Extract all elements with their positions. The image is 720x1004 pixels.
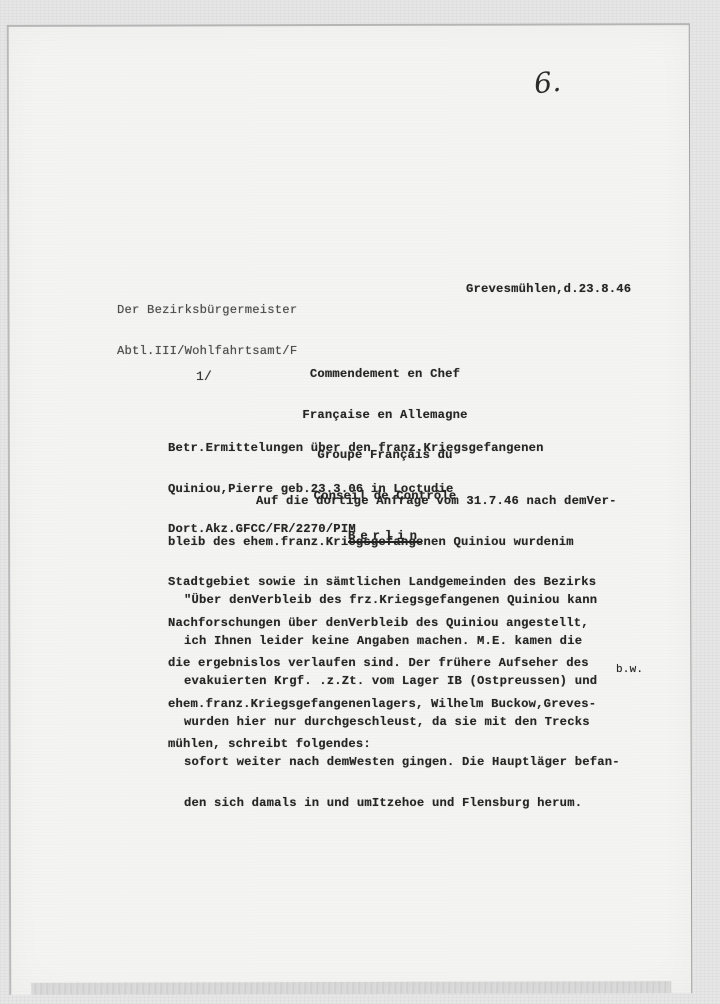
quoted-statement: "Über denVerbleib des frz.Kriegsgefangen…	[184, 567, 620, 824]
scan-edge-strip	[31, 981, 671, 995]
place-and-date: Grevesmühlen,d.23.8.46	[466, 283, 631, 297]
enclosure-mark: 1/	[196, 370, 212, 384]
handwritten-page-number: 6.	[532, 65, 562, 101]
continued-overleaf-mark: b.w.	[616, 664, 643, 678]
subject-line-1: Betr.Ermittelungen über den franz.Kriegs…	[168, 442, 544, 456]
body-line-2: bleib des ehem.franz.Kriegsgefangenen Qu…	[168, 536, 617, 550]
quote-line-2: ich Ihnen leider keine Angaben machen. M…	[184, 635, 620, 649]
quote-line-5: sofort weiter nach demWesten gingen. Die…	[184, 756, 620, 770]
body-line-1: Auf die dortige Anfrage vom 31.7.46 nach…	[168, 495, 617, 509]
quote-line-4: wurden hier nur durchgeschleust, da sie …	[184, 716, 620, 730]
quote-line-1: "Über denVerbleib des frz.Kriegsgefangen…	[184, 594, 620, 608]
sender-title: Der Bezirksbürgermeister	[117, 304, 297, 318]
quote-line-3: evakuierten Krgf. .z.Zt. vom Lager IB (O…	[184, 675, 620, 689]
quote-line-6: den sich damals in und umItzehoe und Fle…	[184, 797, 620, 811]
recipient-line-1: Commendement en Chef	[270, 368, 500, 382]
